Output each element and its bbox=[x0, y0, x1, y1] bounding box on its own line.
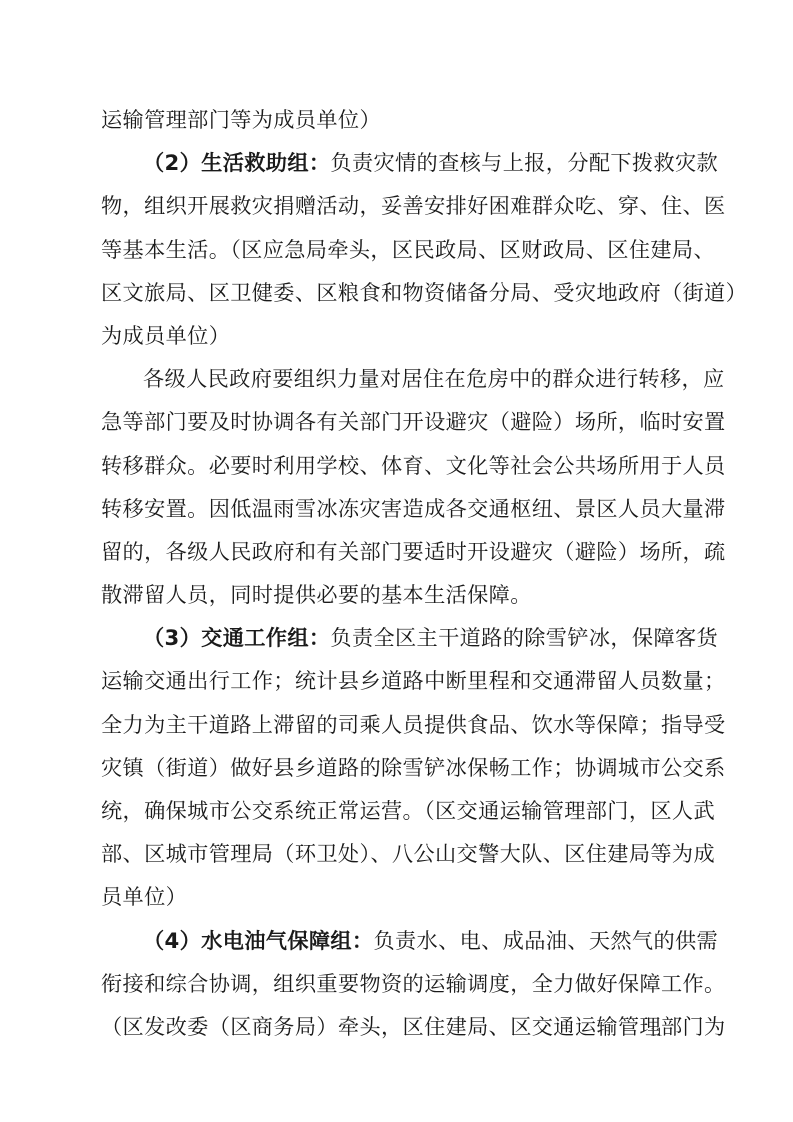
text-line: 统，确保城市公交系统正常运营。（区交通运输管理部门，区人武 bbox=[101, 789, 683, 832]
line-text: 各级人民政府要组织力量对居住在危房中的群众进行转移，应 bbox=[143, 366, 725, 391]
text-line: 员单位） bbox=[101, 875, 683, 918]
text-line: 区文旅局、区卫健委、区粮食和物资储备分局、受灾地政府（街道） bbox=[101, 271, 683, 314]
text-line: 急等部门要及时协调各有关部门开设避灾（避险）场所，临时安置 bbox=[101, 400, 683, 443]
line-text: （区发改委（区商务局）牵头，区住建局、区交通运输管理部门为 bbox=[101, 1014, 726, 1039]
text-line: 留的，各级人民政府和有关部门要适时开设避灾（避险）场所，疏 bbox=[101, 530, 683, 573]
text-line: 转移群众。必要时利用学校、体育、文化等社会公共场所用于人员 bbox=[101, 444, 683, 487]
line-text: 员单位） bbox=[101, 884, 187, 909]
line-text: 统，确保城市公交系统正常运营。（区交通运输管理部门，区人武 bbox=[101, 798, 715, 823]
line-text: 物，组织开展救灾捐赠活动，妥善安排好困难群众吃、穿、住、医 bbox=[101, 193, 726, 218]
section-heading-line: （3）交通工作组：负责全区主干道路的除雪铲冰，保障客货 bbox=[101, 616, 683, 659]
section-heading: （2）生活救助组： bbox=[143, 150, 330, 175]
line-text: 急等部门要及时协调各有关部门开设避灾（避险）场所，临时安置 bbox=[101, 409, 726, 434]
text-line: 运输交通出行工作；统计县乡道路中断里程和交通滞留人员数量； bbox=[101, 659, 683, 702]
line-text: 负责灾情的查核与上报，分配下拨救灾款 bbox=[330, 150, 718, 175]
line-text: 灾镇（街道）做好县乡道路的除雪铲冰保畅工作；协调城市公交系 bbox=[101, 755, 726, 780]
document-page: 运输管理部门等为成员单位） （2）生活救助组：负责灾情的查核与上报，分配下拨救灾… bbox=[101, 98, 683, 1048]
line-text: 等基本生活。（区应急局牵头，区民政局、区财政局、区住建局、 bbox=[101, 237, 715, 262]
page-number: 11 bbox=[650, 1024, 663, 1040]
line-text: 转移群众。必要时利用学校、体育、文化等社会公共场所用于人员 bbox=[101, 453, 726, 478]
text-line: 转移安置。因低温雨雪冰冻灾害造成各交通枢纽、景区人员大量滞 bbox=[101, 487, 683, 530]
line-text: 区文旅局、区卫健委、区粮食和物资储备分局、受灾地政府（街道） bbox=[101, 280, 747, 305]
text-line: 全力为主干道路上滞留的司乘人员提供食品、饮水等保障；指导受 bbox=[101, 703, 683, 746]
text-line: 等基本生活。（区应急局牵头，区民政局、区财政局、区住建局、 bbox=[101, 228, 683, 271]
text-line: 灾镇（街道）做好县乡道路的除雪铲冰保畅工作；协调城市公交系 bbox=[101, 746, 683, 789]
text-line: 物，组织开展救灾捐赠活动，妥善安排好困难群众吃、穿、住、医 bbox=[101, 184, 683, 227]
line-text: 转移安置。因低温雨雪冰冻灾害造成各交通枢纽、景区人员大量滞 bbox=[101, 496, 726, 521]
paragraph-start-line: 各级人民政府要组织力量对居住在危房中的群众进行转移，应 bbox=[101, 357, 683, 400]
line-text: 负责水、电、成品油、天然气的供需 bbox=[373, 928, 718, 953]
line-text: 运输交通出行工作；统计县乡道路中断里程和交通滞留人员数量； bbox=[101, 668, 726, 693]
section-heading: （3）交通工作组： bbox=[143, 625, 330, 650]
text-line: 运输管理部门等为成员单位） bbox=[101, 98, 683, 141]
line-text: 全力为主干道路上滞留的司乘人员提供食品、饮水等保障；指导受 bbox=[101, 712, 726, 737]
text-line: 部、区城市管理局（环卫处）、八公山交警大队、区住建局等为成 bbox=[101, 832, 683, 875]
section-heading: （4）水电油气保障组： bbox=[143, 928, 373, 953]
line-text: 负责全区主干道路的除雪铲冰，保障客货 bbox=[330, 625, 718, 650]
section-heading-line: （2）生活救助组：负责灾情的查核与上报，分配下拨救灾款 bbox=[101, 141, 683, 184]
line-text: 部、区城市管理局（环卫处）、八公山交警大队、区住建局等为成 bbox=[101, 841, 715, 866]
text-line: 为成员单位） bbox=[101, 314, 683, 357]
line-text: 散滞留人员，同时提供必要的基本生活保障。 bbox=[101, 582, 532, 607]
line-text: 衔接和综合协调，组织重要物资的运输调度，全力做好保障工作。 bbox=[101, 971, 726, 996]
line-text: 运输管理部门等为成员单位） bbox=[101, 107, 381, 132]
text-line: 衔接和综合协调，组织重要物资的运输调度，全力做好保障工作。 bbox=[101, 962, 683, 1005]
text-line: （区发改委（区商务局）牵头，区住建局、区交通运输管理部门为 bbox=[101, 1005, 683, 1048]
section-heading-line: （4）水电油气保障组：负责水、电、成品油、天然气的供需 bbox=[101, 919, 683, 962]
line-text: 留的，各级人民政府和有关部门要适时开设避灾（避险）场所，疏 bbox=[101, 539, 726, 564]
text-line: 散滞留人员，同时提供必要的基本生活保障。 bbox=[101, 573, 683, 616]
line-text: 为成员单位） bbox=[101, 323, 230, 348]
